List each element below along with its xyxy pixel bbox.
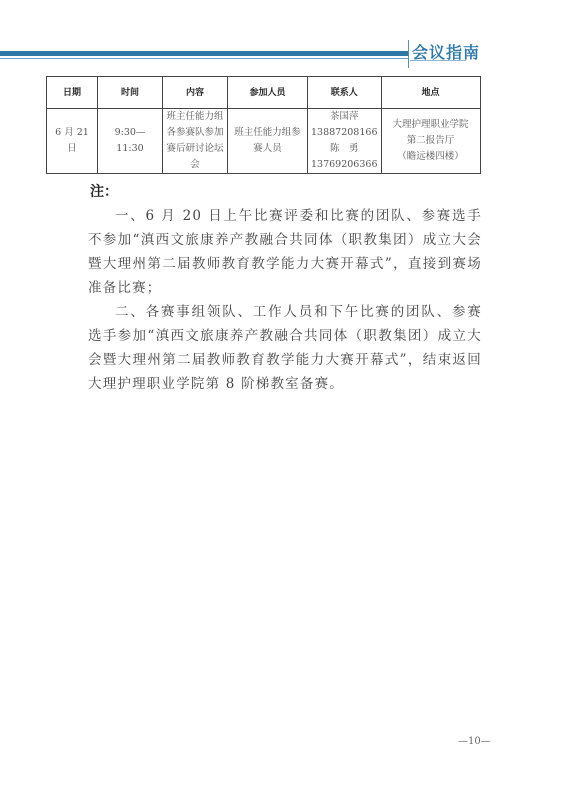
schedule-table: 日期 时间 内容 参加人员 联系人 地点 6 月 21 日 9:30—11:30… [46,76,481,174]
cell-time: 9:30—11:30 [98,109,163,174]
contact-name-1: 茶国萍 [311,109,378,125]
header-bar [0,51,408,56]
col-header-date: 日期 [47,77,98,109]
cell-participants: 班主任能力组参赛人员 [228,109,308,174]
note-paragraph-1: 一、6 月 20 日上午比赛评委和比赛的团队、参赛选手不参加“滇西文旅康养产教融… [88,204,482,300]
notes-title: 注： [90,180,482,204]
contact-phone-1: 13887208166 [311,125,378,141]
contact-name-2: 陈 勇 [311,141,378,157]
col-header-time: 时间 [98,77,163,109]
header-divider [408,40,409,68]
col-header-contacts: 联系人 [308,77,382,109]
location-line-1: 大理护理职业学院 [385,117,477,133]
cell-content: 班主任能力组各参赛队参加赛后研讨论坛会 [163,109,228,174]
location-line-2: 第二报告厅 [385,133,477,149]
col-header-location: 地点 [381,77,480,109]
col-header-content: 内容 [163,77,228,109]
page-number: —10— [458,736,491,747]
section-title-underline [410,60,466,61]
table-header-row: 日期 时间 内容 参加人员 联系人 地点 [47,77,481,109]
notes-section: 注： 一、6 月 20 日上午比赛评委和比赛的团队、参赛选手不参加“滇西文旅康养… [88,180,482,396]
cell-location: 大理护理职业学院 第二报告厅 （瞻远楼四楼） [381,109,480,174]
cell-date: 6 月 21 日 [47,109,98,174]
header-thin-line [0,58,408,59]
cell-contacts: 茶国萍 13887208166 陈 勇 13769206366 [308,109,382,174]
table-row: 6 月 21 日 9:30—11:30 班主任能力组各参赛队参加赛后研讨论坛会 … [47,109,481,174]
note-paragraph-2: 二、各赛事组领队、工作人员和下午比赛的团队、参赛选手参加“滇西文旅康养产教融合共… [88,300,482,396]
col-header-participants: 参加人员 [228,77,308,109]
contact-phone-2: 13769206366 [311,157,378,173]
location-line-3: （瞻远楼四楼） [385,149,477,165]
